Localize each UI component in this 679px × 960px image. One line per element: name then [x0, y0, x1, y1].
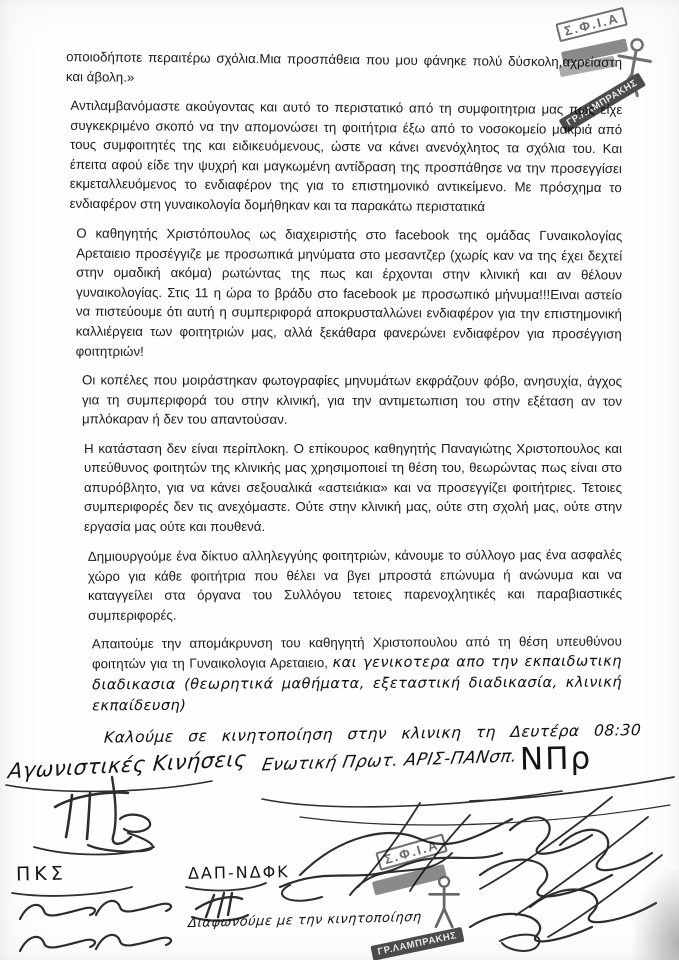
- sfia-stamp-top: Σ.Φ.Ι.Α ΓΡ.ΛΑΜΠΡΑΚΗΣ: [547, 0, 679, 142]
- signature-label-pks: ΠΚΣ: [16, 863, 67, 886]
- signature-label-npr: ΝΠρ: [520, 740, 593, 777]
- signatures-section: Αγωνιστικές Κινήσεις Ενωτική Πρωτ. ΑΡΙΣ-…: [0, 735, 679, 960]
- paragraph-situation: Η κατάσταση δεν είναι περίπλοκη. Ο επίκο…: [66, 439, 622, 537]
- sfia-stamp-bottom: Σ.Φ.Ι.Α ΓΡ.ΛΑΜΠΡΑΚΗΣ: [362, 836, 510, 960]
- paragraph-quote-end: οποιοδήποτε περαιτέρω σχόλια.Μια προσπάθ…: [66, 47, 622, 92]
- paragraph-solidarity-network: Δημιουργούμε ένα δίκτυο αλληλεγγύης φοιτ…: [66, 545, 622, 625]
- person-figure-icon: [424, 874, 464, 930]
- paragraph-demand: Απαιτούμε την απομάκρυνση του καθηγητή Χ…: [66, 632, 622, 718]
- scanned-document-page: οποιοδήποτε περαιτέρω σχόλια.Μια προσπάθ…: [0, 0, 679, 960]
- paragraph-incident-intro: Αντιλαμβανόμαστε ακούγοντας και αυτό το …: [66, 96, 623, 218]
- paragraph-facebook-messages: Ο καθηγητής Χριστόπουλος ως διαχειριστής…: [66, 223, 623, 363]
- stamp-lamprakis-text: ΓΡ.ΛΑΜΠΡΑΚΗΣ: [559, 73, 646, 134]
- signature-label-dap: ΔΑΠ-ΝΔΦΚ: [188, 862, 290, 883]
- scan-corner-shadow: [633, 870, 679, 960]
- document-body: οποιοδήποτε περαιτέρω σχόλια.Μια προσπάθ…: [66, 50, 622, 744]
- paragraph-students-fear: Οι κοπέλες που μοιράστηκαν φωτογραφίες μ…: [66, 370, 622, 430]
- stamp-lamprakis-text: ΓΡ.ΛΑΜΠΡΑΚΗΣ: [370, 927, 464, 960]
